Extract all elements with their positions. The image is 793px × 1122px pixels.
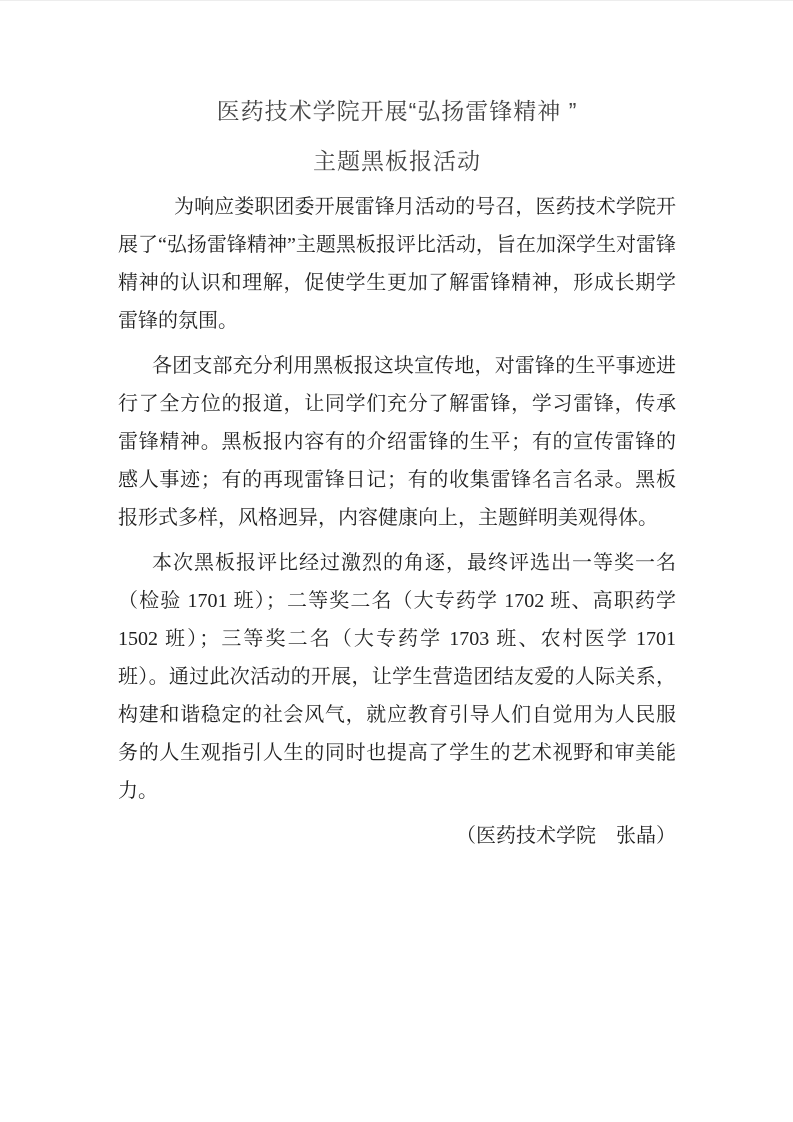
title-line-2: 主题黑板报活动: [118, 136, 676, 186]
paragraph-intro: 为响应娄职团委开展雷锋月活动的号召，医药技术学院开展了“弘扬雷锋精神”主题黑板报…: [118, 188, 676, 340]
document-page: 医药技术学院开展“弘扬雷锋精神 ” 主题黑板报活动 为响应娄职团委开展雷锋月活动…: [0, 0, 793, 1122]
document-title: 医药技术学院开展“弘扬雷锋精神 ” 主题黑板报活动: [118, 86, 676, 186]
paragraph-results: 本次黑板报评比经过激烈的角逐，最终评选出一等奖一名（检验 1701 班）；二等奖…: [118, 544, 676, 810]
signature-line: （医药技术学院 张晶）: [118, 817, 676, 855]
paragraph-activity-description: 各团支部充分利用黑板报这块宣传地，对雷锋的生平事迹进行了全方位的报道，让同学们充…: [118, 347, 676, 537]
title-line-1: 医药技术学院开展“弘扬雷锋精神 ”: [118, 86, 676, 136]
